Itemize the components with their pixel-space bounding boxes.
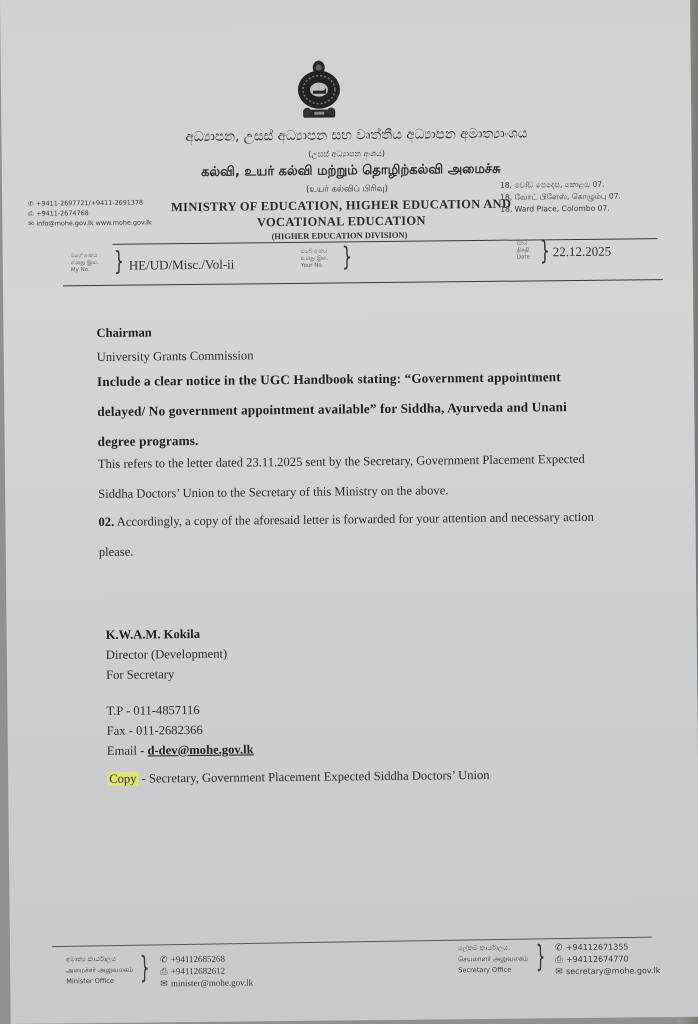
- secretary-fax: +94112674770: [566, 954, 629, 964]
- letter-date: 22.12.2025: [553, 244, 612, 261]
- brace-icon: }: [535, 942, 545, 972]
- minister-office-label-sinhala: අමාත්‍ය කාර්යාලය: [66, 954, 133, 966]
- fax-icon: ⎙: [28, 209, 36, 219]
- minister-office-contacts: අමාත්‍ය කාර්යාලය அமைச்சர் அலுவலகம் Minis…: [66, 952, 253, 990]
- national-emblem-icon: [294, 59, 345, 122]
- secretary-phone: +94112671355: [566, 942, 629, 952]
- fax-icon: ⎙: [157, 965, 171, 977]
- secretary-email: secretary@mohe.gov.lk: [566, 966, 660, 976]
- phone-icon: ✆: [552, 942, 566, 954]
- signatory-email-row: Email - d-dev@mohe.gov.lk: [107, 737, 490, 761]
- minister-fax: +94112682612: [171, 966, 225, 977]
- header-email-web: info@mohe.gov.lk www.mohe.gov.lk: [36, 218, 151, 227]
- phone-icon: ✆: [157, 953, 171, 965]
- header-contacts: ✆+9411-2697721/+9411-2691378 ⎙+9411-2674…: [28, 197, 152, 228]
- letter-page: අධ්‍යාපන, උසස් අධ්‍යාපන සහ වෘත්තීය අධ්‍ය…: [0, 0, 698, 1024]
- copy-recipient: - Secretary, Government Placement Expect…: [142, 768, 490, 786]
- email-icon: ✉: [28, 219, 36, 229]
- email-label: Email -: [107, 743, 148, 757]
- minister-office-label-tamil: அமைச்சர் அலுவலகம்: [66, 965, 133, 977]
- reference-row: මගේ අංකය எனது இல. My No. } HE/UD/Misc./V…: [63, 243, 663, 279]
- your-no-label: ඔබේ අංකය உமது இல. Your No.: [301, 249, 329, 270]
- signature-block: K.W.A.M. Kokila Director (Development) F…: [106, 621, 490, 789]
- header-fax: +9411-2674768: [36, 209, 88, 218]
- secretary-office-label-tamil: செயலாளர் அலுவலகம்: [458, 954, 528, 966]
- minister-phone: +94112685268: [171, 954, 225, 965]
- brace-icon: }: [140, 953, 150, 983]
- paragraph-1: This refers to the letter dated 23.11.20…: [98, 444, 599, 509]
- ministry-name-sinhala: අධ්‍යාපන, උසස් අධ්‍යාපන සහ වෘත්තීය අධ්‍ය…: [11, 124, 698, 147]
- paragraph-number: 02.: [98, 515, 114, 529]
- secretary-office-label-sinhala: ලේකම් කාර්යාලය: [458, 943, 528, 955]
- brace-icon: }: [540, 238, 550, 264]
- minister-email: minister@mohe.gov.lk: [171, 977, 253, 988]
- email-icon: ✉: [157, 977, 171, 989]
- email-icon: ✉: [552, 966, 566, 978]
- paragraph-2-text: Accordingly, a copy of the aforesaid let…: [99, 510, 594, 559]
- signatory-email-link[interactable]: d-dev@mohe.gov.lk: [147, 742, 253, 757]
- minister-office-label-english: Minister Office: [66, 976, 133, 988]
- secretary-office-contacts: ලේකම් කාර්යාලය செயலாளர் அலுவலகம் Secreta…: [458, 941, 661, 979]
- brace-icon: }: [114, 249, 124, 275]
- date-label: දිනය திகதி Date: [517, 240, 530, 261]
- secretary-office-label-english: Secretary Office: [458, 965, 528, 977]
- reference-divider: [63, 279, 663, 286]
- ministry-address: 18, වෝඩ් පෙදෙස, කොළඹ 07. 18, வோட் பிளேஸ்…: [500, 179, 621, 216]
- header-phone: +9411-2697721/+9411-2691378: [36, 199, 143, 208]
- copy-label: Copy: [107, 772, 138, 786]
- my-no-label: මගේ අංකය எனது இல. My No.: [71, 253, 99, 274]
- addressee-block: Chairman University Grants Commission: [96, 316, 596, 369]
- fax-icon: ⎙: [552, 954, 566, 966]
- my-reference-number: HE/UD/Misc./Vol-ii: [129, 257, 235, 274]
- copy-line: Copy - Secretary, Government Placement E…: [107, 765, 490, 789]
- phone-icon: ✆: [28, 199, 36, 209]
- paragraph-2: 02. Accordingly, a copy of the aforesaid…: [98, 502, 599, 567]
- brace-icon: }: [342, 244, 352, 270]
- letter-subject: Include a clear notice in the UGC Handbo…: [97, 362, 593, 457]
- address-english: 18, Ward Place, Colombo 07.: [500, 203, 621, 216]
